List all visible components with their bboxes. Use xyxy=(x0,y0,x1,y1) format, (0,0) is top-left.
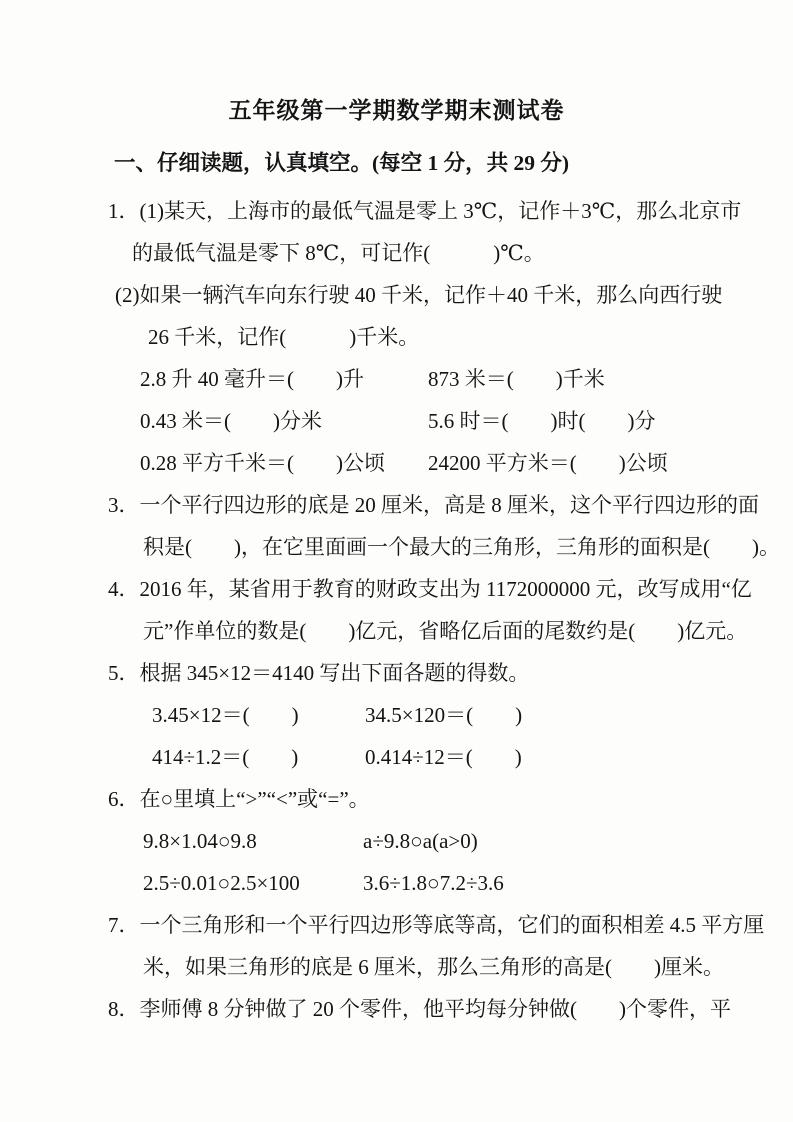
question-list: 1．(1)某天，上海市的最低气温是零上 3℃，记作＋3℃，那么北京市 的最低气温… xyxy=(108,190,708,1030)
q5-row-1: 3.45×12＝( ) 34.5×120＝( ) xyxy=(108,694,708,736)
q4-line1: 4．2016 年，某省用于教育的财政支出为 1172000000 元，改写成用“… xyxy=(108,568,708,610)
q5-row-2: 414÷1.2＝( ) 0.414÷12＝( ) xyxy=(108,736,708,778)
q6-r2-left: 2.5÷0.01○2.5×100 xyxy=(143,862,363,904)
q5-r1-left: 3.45×12＝( ) xyxy=(152,694,365,736)
q5-r2-left: 414÷1.2＝( ) xyxy=(152,736,365,778)
page-title: 五年级第一学期数学期末测试卷 xyxy=(0,92,793,125)
q7-line2: 米，如果三角形的底是 6 厘米，那么三角形的高是( )厘米。 xyxy=(108,946,708,988)
q1-part1-line1: 1．(1)某天，上海市的最低气温是零上 3℃，记作＋3℃，那么北京市 xyxy=(108,190,708,232)
q5-heading: 5．根据 345×12＝4140 写出下面各题的得数。 xyxy=(108,652,708,694)
q6-r2-right: 3.6÷1.8○7.2÷3.6 xyxy=(363,862,504,904)
conversion-r1-left: 2.8 升 40 毫升＝( )升 xyxy=(140,358,428,400)
q6-row-1: 9.8×1.04○9.8 a÷9.8○a(a>0) xyxy=(108,820,708,862)
q6-r1-left: 9.8×1.04○9.8 xyxy=(143,820,363,862)
q6-row-2: 2.5÷0.01○2.5×100 3.6÷1.8○7.2÷3.6 xyxy=(108,862,708,904)
conversion-r3-right: 24200 平方米＝( )公顷 xyxy=(428,442,668,484)
conversion-r3-left: 0.28 平方千米＝( )公顷 xyxy=(140,442,428,484)
q4-line2: 元”作单位的数是( )亿元，省略亿后面的尾数约是( )亿元。 xyxy=(108,610,708,652)
conversion-row-1: 2.8 升 40 毫升＝( )升 873 米＝( )千米 xyxy=(108,358,708,400)
q8-line1: 8．李师傅 8 分钟做了 20 个零件，他平均每分钟做( )个零件，平 xyxy=(108,988,708,1030)
conversion-row-2: 0.43 米＝( )分米 5.6 时＝( )时( )分 xyxy=(108,400,708,442)
conversion-r2-right: 5.6 时＝( )时( )分 xyxy=(428,400,655,442)
q6-r1-right: a÷9.8○a(a>0) xyxy=(363,820,478,862)
q5-r1-right: 34.5×120＝( ) xyxy=(365,694,522,736)
q1-part1-line2: 的最低气温是零下 8℃，可记作( )℃。 xyxy=(108,232,708,274)
conversion-row-3: 0.28 平方千米＝( )公顷 24200 平方米＝( )公顷 xyxy=(108,442,708,484)
q6-heading: 6．在○里填上“>”“<”或“=”。 xyxy=(108,778,708,820)
q5-r2-right: 0.414÷12＝( ) xyxy=(365,736,522,778)
test-paper-page: 五年级第一学期数学期末测试卷 一、仔细读题，认真填空。(每空 1 分，共 29 … xyxy=(0,0,793,1122)
section-1-heading: 一、仔细读题，认真填空。(每空 1 分，共 29 分) xyxy=(114,146,569,177)
q1-part2-line1: (2)如果一辆汽车向东行驶 40 千米，记作＋40 千米，那么向西行驶 xyxy=(108,274,708,316)
q3-line1: 3．一个平行四边形的底是 20 厘米，高是 8 厘米，这个平行四边形的面 xyxy=(108,484,708,526)
q1-part2-line2: 26 千米，记作( )千米。 xyxy=(108,316,708,358)
conversion-r1-right: 873 米＝( )千米 xyxy=(428,358,605,400)
conversion-r2-left: 0.43 米＝( )分米 xyxy=(140,400,428,442)
q7-line1: 7．一个三角形和一个平行四边形等底等高，它们的面积相差 4.5 平方厘 xyxy=(108,904,708,946)
q3-line2: 积是( )，在它里面画一个最大的三角形，三角形的面积是( )。 xyxy=(108,526,708,568)
